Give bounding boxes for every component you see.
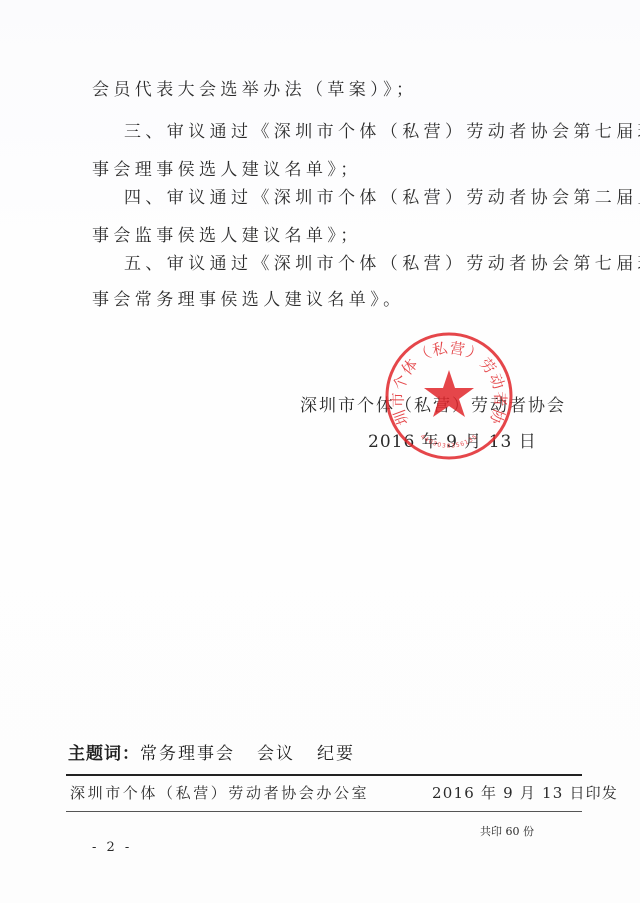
keywords-line: 主题词：常务理事会会议纪要 <box>68 744 355 764</box>
keyword-1: 常务理事会 <box>140 744 235 764</box>
body-line-6: 五、审议通过《深圳市个体（私营）劳动者协会第七届理 <box>124 254 640 274</box>
body-line-2: 三、审议通过《深圳市个体（私营）劳动者协会第七届理 <box>124 122 640 142</box>
keyword-2: 会议 <box>257 744 295 764</box>
page-number: - 2 - <box>92 840 132 856</box>
keyword-3: 纪要 <box>317 744 355 764</box>
issue-date: 2016 年 9 月 13 日印发 <box>432 783 618 803</box>
signature-date: 2016 年 9 月 13 日 <box>368 432 537 452</box>
signature-organization: 深圳市个体（私营）劳动者协会 <box>300 396 566 416</box>
body-line-7: 事会常务理事侯选人建议名单》。 <box>92 290 405 310</box>
issuer: 深圳市个体（私营）劳动者协会办公室 <box>70 783 369 803</box>
copies-count: 共印 60 份 <box>480 825 534 839</box>
footer-rule-thick <box>66 774 582 776</box>
body-line-1: 会员代表大会选举办法（草案）》； <box>92 80 417 100</box>
body-line-4: 四、审议通过《深圳市个体（私营）劳动者协会第二届监 <box>124 188 640 208</box>
document-page: 会员代表大会选举办法（草案）》； 三、审议通过《深圳市个体（私营）劳动者协会第七… <box>0 0 640 903</box>
body-line-5: 事会监事侯选人建议名单》； <box>92 226 362 246</box>
footer-rule-thin <box>66 811 582 812</box>
body-line-3: 事会理事侯选人建议名单》； <box>92 160 362 180</box>
keywords-label: 主题词： <box>68 744 140 764</box>
